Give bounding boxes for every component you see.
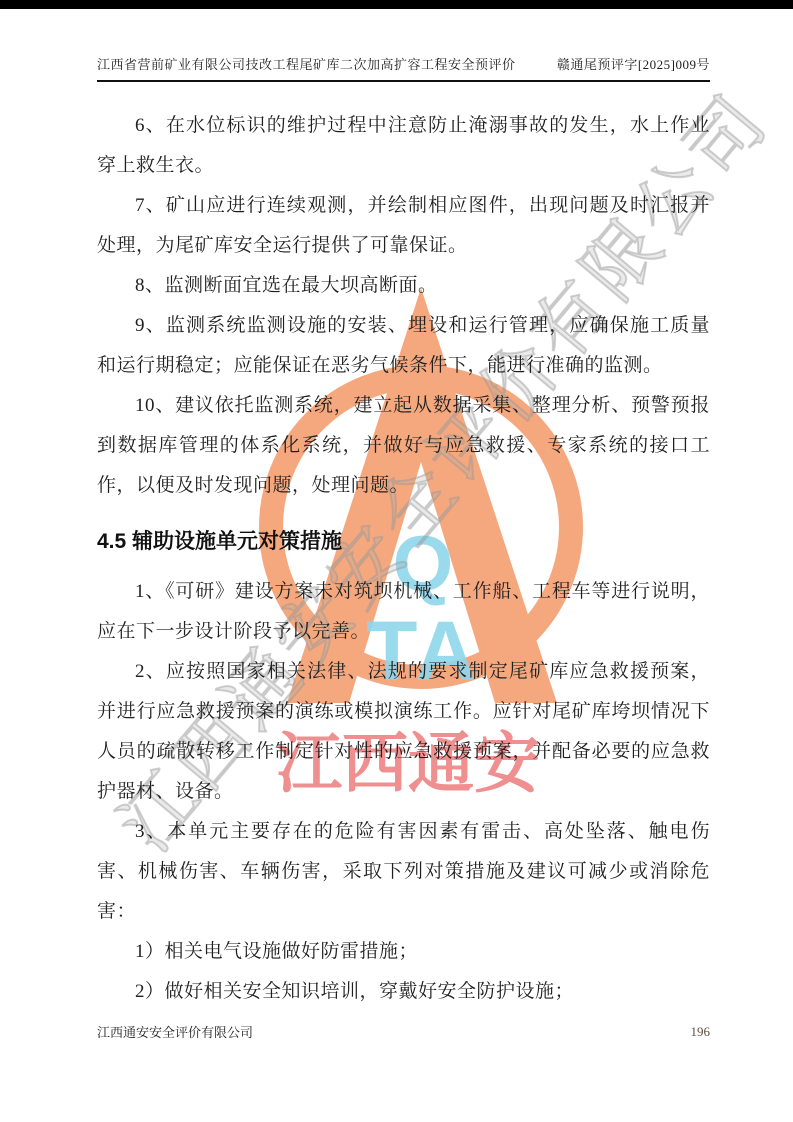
document-page: Q TA 江西通安安全评价有限公司 江西通安 江西省营前矿业有限公司技改工程尾矿… [0,0,793,1122]
paragraph-3: 3、本单元主要存在的危险有害因素有雷击、高处坠落、触电伤害、机械伤害、车辆伤害，… [97,812,710,932]
paragraph-9: 9、监测系统监测设施的安装、埋设和运行管理，应确保施工质量和运行期稳定；应能保证… [97,306,710,386]
list-item-2: 2）做好相关安全知识培训，穿戴好安全防护设施； [97,972,710,1012]
list-item-1: 1）相关电气设施做好防雷措施； [97,932,710,972]
paragraph-2: 2、应按照国家相关法律、法规的要求制定尾矿库应急救援预案，并进行应急救援预案的演… [97,652,710,812]
page-number: 196 [691,1024,711,1040]
paragraph-6: 6、在水位标识的维护过程中注意防止淹溺事故的发生，水上作业穿上救生衣。 [97,106,710,186]
page-footer: 江西通安安全评价有限公司 196 [97,1022,710,1041]
paragraph-7: 7、矿山应进行连续观测，并绘制相应图件，出现问题及时汇报并处理，为尾矿库安全运行… [97,186,710,266]
header-doc-number: 赣通尾预评字[2025]009号 [557,54,710,73]
paragraph-10: 10、建议依托监测系统，建立起从数据采集、整理分析、预警预报到数据库管理的体系化… [97,386,710,506]
page-header: 江西省营前矿业有限公司技改工程尾矿库二次加高扩容工程安全预评价 赣通尾预评字[2… [97,54,710,82]
paragraph-1: 1、《可研》建设方案未对筑坝机械、工作船、工程车等进行说明，应在下一步设计阶段予… [97,572,710,652]
document-body: 6、在水位标识的维护过程中注意防止淹溺事故的发生，水上作业穿上救生衣。 7、矿山… [97,106,710,1012]
section-heading-4-5: 4.5 辅助设施单元对策措施 [97,522,710,562]
footer-company-name: 江西通安安全评价有限公司 [97,1022,253,1041]
top-edge-bar [0,0,793,9]
header-report-title: 江西省营前矿业有限公司技改工程尾矿库二次加高扩容工程安全预评价 [97,54,516,73]
paragraph-8: 8、监测断面宜选在最大坝高断面。 [97,266,710,306]
